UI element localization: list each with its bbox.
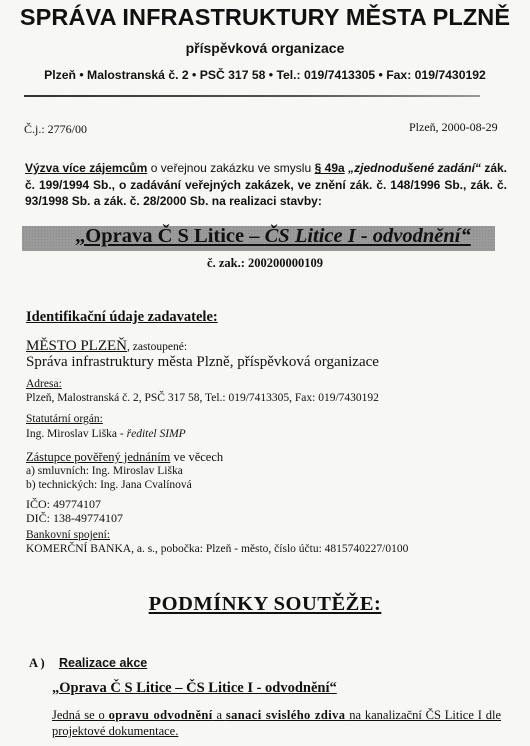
- representative-contract: a) smluvních: Ing. Miroslav Liška: [26, 465, 183, 477]
- simplified-award-label: „zjednodušené zadání“: [348, 161, 481, 175]
- representative-label-main: Zástupce pověřený jednáním: [26, 450, 170, 464]
- address-label: Adresa:: [26, 378, 62, 390]
- desc-bold-1: opravu odvodnění: [109, 708, 213, 722]
- project-title-italic: ČS Litice I - odvodnění“: [265, 225, 471, 247]
- order-number: č. zak.: 200200000109: [0, 256, 530, 271]
- organization-type: příspěvková organizace: [0, 40, 530, 56]
- bank-value: KOMERČNÍ BANKA, a. s., pobočka: Plzeň - …: [26, 543, 408, 555]
- section-a-description: Jedná se o opravu odvodnění a sanaci svi…: [52, 707, 501, 739]
- reference-number: Č.j.: 2776/00: [24, 122, 87, 137]
- desc-text-1: Jedná se o: [52, 708, 109, 722]
- section-a-title: Realizace akce: [59, 656, 147, 670]
- intro-text-1: o veřejnou zakázku ve smyslu: [147, 161, 314, 175]
- statutory-label: Statutární orgán:: [26, 413, 103, 425]
- header-divider: [24, 95, 480, 97]
- project-title-main: „Oprava Č S Litice –: [75, 225, 265, 247]
- representative-label-suffix: ve věcech: [170, 450, 223, 464]
- authority-city: MĚSTO PLZEŇ, zastoupené:: [26, 338, 187, 355]
- project-title: „Oprava Č S Litice – ČS Litice I - odvod…: [75, 225, 471, 248]
- bank-label: Bankovní spojení:: [26, 529, 110, 541]
- address-value: Plzeň, Malostranská č. 2, PSČ 317 58, Te…: [26, 392, 379, 404]
- authority-heading: Identifikační údaje zadavatele:: [26, 309, 218, 326]
- law-paragraph: § 49a: [315, 161, 345, 175]
- conditions-heading: PODMÍNKY SOUTĚŽE:: [0, 593, 530, 616]
- statutory-value: Ing. Miroslav Liška - ředitel SIMP: [26, 428, 186, 440]
- organization-contact-line: Plzeň • Malostranská č. 2 • PSČ 317 58 •…: [0, 68, 530, 82]
- statutory-role: ředitel SIMP: [127, 428, 186, 440]
- call-label: Výzva více zájemcům: [25, 161, 147, 175]
- representative-label: Zástupce pověřený jednáním ve věcech: [26, 450, 223, 465]
- authority-administrator: Správa infrastruktury města Plzně, přísp…: [26, 354, 379, 371]
- representative-technical: b) technických: Ing. Jana Cvalínová: [26, 479, 192, 491]
- desc-bold-2: sanaci svislého zdiva: [226, 708, 346, 722]
- document-date: Plzeň, 2000-08-29: [409, 120, 498, 135]
- city-name: MĚSTO PLZEŇ: [26, 338, 127, 354]
- city-suffix: , zastoupené:: [127, 341, 187, 353]
- tax-id: DIČ: 138-49774107: [26, 511, 123, 526]
- intro-paragraph: Výzva více zájemcům o veřejnou zakázku v…: [25, 160, 507, 210]
- company-id: IČO: 49774107: [26, 497, 101, 512]
- organization-name: SPRÁVA INFRASTRUKTURY MĚSTA PLZNĚ: [0, 4, 530, 31]
- statutory-name: Ing. Miroslav Liška -: [26, 428, 127, 440]
- desc-text-2: a: [213, 708, 226, 722]
- section-a-marker: A ): [29, 656, 45, 671]
- section-a-subtitle: „Oprava Č S Litice – ČS Litice I - odvod…: [52, 680, 337, 697]
